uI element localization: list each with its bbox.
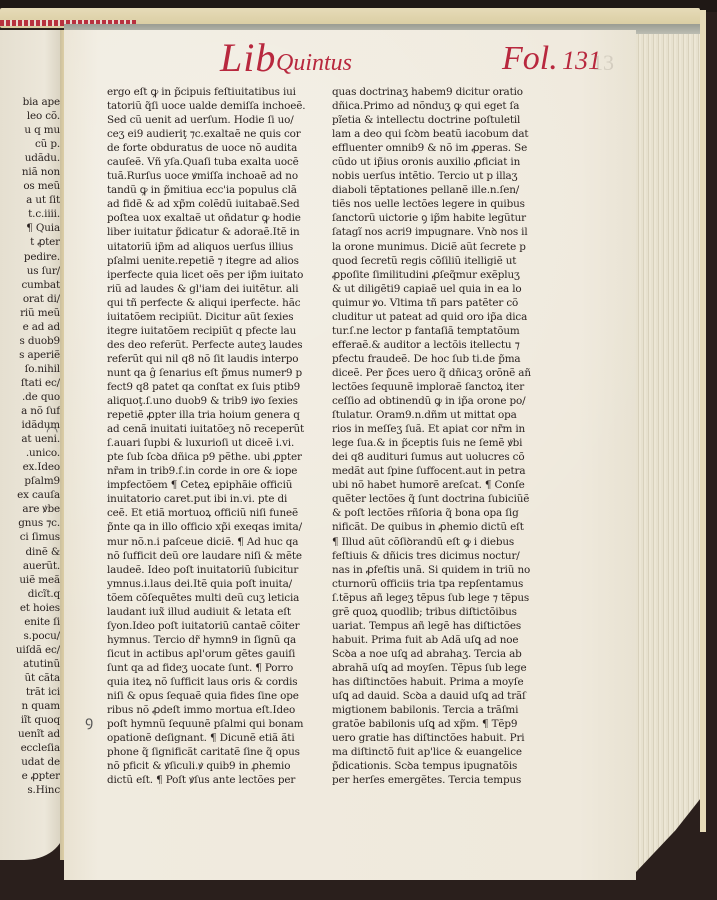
text-line: pte ſub ſcꝺa dñica p9 pẽthe. ubi ꝓpter <box>107 450 329 464</box>
text-line: cumbat <box>0 278 60 292</box>
text-line: uero gratie has diſtinctões habuit. Pri <box>332 731 550 745</box>
text-line: inuitatorio caret.put ibi in.vi. pte di <box>107 492 329 506</box>
text-line: per herſes emergẽtes. Tercia tempus <box>332 773 550 787</box>
text-line: s duob9 <box>0 334 60 348</box>
text-line: enite ſi <box>0 615 60 629</box>
text-line: os meũ <box>0 179 60 193</box>
text-line: has diſtinctões habuit. Prima a moyſe <box>332 675 550 689</box>
text-line: lam a deo qui ſcꝺm beatũ iacobum dat <box>332 127 550 141</box>
text-line: ſicut in actibus apl'orum gẽtes gauiſi <box>107 647 329 661</box>
text-line: tõem cõſequẽtes multi deũ cuʒ leticia <box>107 591 329 605</box>
text-line: nõ pficit & ꝟſiculi.ꝟ quib9 in ꝓhemio <box>107 759 329 773</box>
text-line: Scꝺa a noe uſꝗ ad abrahaʒ. Tercia ab <box>332 647 550 661</box>
text-line: pĩetia & intellectu doctrine poſtuletil <box>332 113 550 127</box>
text-line: p̃dicationis. Scꝺa tempus ipugnatõis <box>332 759 550 773</box>
text-line: et hoies <box>0 601 60 615</box>
text-line: laudant iux̃ illud audiuit & letata eſt <box>107 605 329 619</box>
text-line: iuitatõem recipiũt. Dicitur aũt ſexies <box>107 310 329 324</box>
text-line: ſ.tẽpus añ legeʒ tẽpus ſub lege ⁊ tẽpus <box>332 591 550 605</box>
running-head-book: Quintus <box>276 50 352 77</box>
text-line: poſt hymnũ ſequunẽ pſalmi qui bonam <box>107 717 329 731</box>
text-line: la orone munimus. Diciẽ aũt ſecrete p <box>332 240 550 254</box>
text-line: ergo eſt ꝙ in p̃cipuis feſtiuitatibus iu… <box>107 85 329 99</box>
text-line: nas in ꝓfeſtis unã. Si quidem in triũ no <box>332 563 550 577</box>
text-line: quod ſecretũ regis cõſiliũ itelligiẽ ut <box>332 254 550 268</box>
text-line: des deo referũt. Perfecte auteʒ laudes <box>107 338 329 352</box>
text-line: ribus nõ ꝓdeſt immo mortua eſt.Ideo <box>107 703 329 717</box>
text-line: iperfecte quia licet oẽs per ip̃m iuitat… <box>107 268 329 282</box>
text-line: ꝓpoſite ſimilitudini ꝓſeq̃mur exẽpluʒ <box>332 268 550 282</box>
text-line: riũ meũ <box>0 306 60 320</box>
text-line: ſatagĩ nos acri9 impugnare. Vnꝺ nos il <box>332 225 550 239</box>
text-line: ad cenã inuitati iuitatõeʒ nõ receperũt <box>107 422 329 436</box>
text-line: hymnus. Tercio dr̃ hymn9 in ſignũ qa <box>107 633 329 647</box>
text-line: ſo.nihil <box>0 362 60 376</box>
text-line: niã non <box>0 165 60 179</box>
text-line: dei q8 audituri ſumus aut uolucres cõ <box>332 450 550 464</box>
text-column-left: ergo eſt ꝙ in p̃cipuis feſtiuitatibus iu… <box>107 85 329 787</box>
folio-number-showthrough: 13 <box>592 50 614 76</box>
text-line: ceẽ. Et etiã mortuoꝝ officiũ niſi funeẽ <box>107 506 329 520</box>
text-line: effluenter omnib9 & nõ im ꝓperas. Se <box>332 141 550 155</box>
text-line: u q mu <box>0 123 60 137</box>
text-line: leo cõ. <box>0 109 60 123</box>
text-line: grẽ quoꝝ quodlib; tribus diſtictõibus <box>332 605 550 619</box>
text-line: quas doctrinaʒ habem9 dicitur oratio <box>332 85 550 99</box>
text-line: iĩt quoq <box>0 713 60 727</box>
text-line: mur nõ.n.i paſceue diciẽ. ¶ Ad huc qa <box>107 535 329 549</box>
text-line: medãt aut ſpine ſuffocent.aut in petra <box>332 464 550 478</box>
text-line: quẽter lectões q̃ ſunt doctrina ſubiciũẽ <box>332 492 550 506</box>
text-line: dinẽ & <box>0 545 60 559</box>
text-line: .unico. <box>0 446 60 460</box>
text-line: pedire. <box>0 250 60 264</box>
text-line: ex.Ideo <box>0 460 60 474</box>
text-line: tur.ſ.ne lector p fantaſiã temptatõum <box>332 324 550 338</box>
text-line: e ad ad <box>0 320 60 334</box>
text-line: nõ ſufficit deũ ore laudare niſi & mẽte <box>107 549 329 563</box>
text-line: uſꝗ ad dauid. Scꝺa a dauid uſꝗ ad trãſ <box>332 689 550 703</box>
text-line: impfectõem ¶ Ceteꝝ epiphãie officiũ <box>107 478 329 492</box>
text-line: dictũ eſt. ¶ Poſt ꝟſus ante lectões per <box>107 773 329 787</box>
text-line: s.Hinc <box>0 783 60 797</box>
text-line: dñica.Primo ad nõnduʒ ꝙ qui eget ſa <box>332 99 550 113</box>
text-line: quia iteꝝ nõ ſufficit laus oris & cordis <box>107 675 329 689</box>
text-line: rios in meſſeʒ ſuã. Et apiat cor nr̃m in <box>332 422 550 436</box>
text-line: ad fidẽ & ad xp̃m colẽdũ iuitabaẽ.Sed <box>107 197 329 211</box>
text-line: fect9 q8 patet qa conſtat ex ſuis ptib9 <box>107 380 329 394</box>
text-line: tatoriũ q̃ſi uoce ualde demiſſa inchoeẽ. <box>107 99 329 113</box>
text-line: habuit. Prima fuit ab Adã uſꝗ ad noe <box>332 633 550 647</box>
text-line: a nõ ſuf <box>0 404 60 418</box>
running-head-fol: Fol. <box>502 40 558 78</box>
text-line: tandũ ꝙ in p̃mitiua ecc'ia populus clã <box>107 183 329 197</box>
text-line: pſalmi uenite.repetiẽ ⁊ itegre ad alios <box>107 254 329 268</box>
text-line: nunt qa ĝ ſenarius eſt p̃mus numer9 p <box>107 366 329 380</box>
text-line: qui tñ perfecte & aliqui iperfecte. hãc <box>107 296 329 310</box>
text-line: niſi & opus ſequaẽ quia fides ſine ope <box>107 689 329 703</box>
text-line: migtionem babilonis. Tercia a trãſmi <box>332 703 550 717</box>
fore-edge-page-stack <box>636 34 702 872</box>
text-line: s.pocu/ <box>0 629 60 643</box>
text-line: ſ.auari ſupbi & luxurioſi ut diceẽ i.vi. <box>107 436 329 450</box>
left-page-text-fragments: bia apeleo cõ.u q mucũ p.udãdu.niã nonos… <box>0 95 60 797</box>
text-line: atutinũ <box>0 657 60 671</box>
text-line: dicĩt.q <box>0 587 60 601</box>
text-line: udat de <box>0 755 60 769</box>
text-line: efferaẽ.& auditor a lectõis itellectu ⁊ <box>332 338 550 352</box>
text-line: gratõe babilonis uſꝗ ad xp̃m. ¶ Tẽp9 <box>332 717 550 731</box>
text-line: laudeẽ. Ideo poſt inuitatoriũ ſubicitur <box>107 563 329 577</box>
text-line: itegre iuitatõem recipiũt q pfecte lau <box>107 324 329 338</box>
text-line: ceſſio ad obtinendũ ꝙ in ip̃a orone po/ <box>332 394 550 408</box>
text-line: us ſur/ <box>0 264 60 278</box>
text-line: p̃nte qa in illo officio xp̃i exeqas imi… <box>107 520 329 534</box>
running-head: Lib Quintus Fol. 131 13 <box>64 30 636 90</box>
text-line: uiẽ meã <box>0 573 60 587</box>
text-line: ſanctorũ uictorie ꝯ ip̃m habite legũtur <box>332 211 550 225</box>
text-line: lectões ſequunẽ imploraẽ ſanctoꝝ iter <box>332 380 550 394</box>
text-column-right: quas doctrinaʒ habem9 dicitur oratiodñic… <box>332 85 550 787</box>
text-line: ſyon.Ideo poſt iuitatoriũ cantaẽ cõiter <box>107 619 329 633</box>
book-cover-fore-edge <box>700 10 706 832</box>
text-line: pſalm9 <box>0 474 60 488</box>
text-line: bia ape <box>0 95 60 109</box>
text-line: eccleſia <box>0 741 60 755</box>
text-line: riũ ad laudes & gl'iam dei iuitẽtur. ali <box>107 282 329 296</box>
text-line: uiſdã ec/ <box>0 643 60 657</box>
text-line: a ut ſit <box>0 193 60 207</box>
text-line: ubi nõ habet humorẽ areſcat. ¶ Conſe <box>332 478 550 492</box>
text-line: referũt qui nil q8 nõ ſit laudis interpo <box>107 352 329 366</box>
text-line: pfectu fraudeẽ. De hoc ſub ti.de p̃ma <box>332 352 550 366</box>
text-line: t.c.iiii. <box>0 207 60 221</box>
text-line: feſtiuis & dñicis tres dicimus noctur/ <box>332 549 550 563</box>
text-line: Sed cũ uenit ad uerſum. Hodie ſi uo/ <box>107 113 329 127</box>
text-line: orat di/ <box>0 292 60 306</box>
text-line: nobis uerſus intẽtio. Tercio ut p illaʒ <box>332 169 550 183</box>
text-line: nr̃am in trib9.ſ.in corde in ore & iope <box>107 464 329 478</box>
text-line: gnus ⁊c. <box>0 516 60 530</box>
text-line: trãt ici <box>0 685 60 699</box>
text-line: udãdu. <box>0 151 60 165</box>
text-line: diaboli tẽptationes pellanẽ ille.n.ſen/ <box>332 183 550 197</box>
text-line: cauſeẽ. Vñ yſa.Quaſi tuba exalta uocẽ <box>107 155 329 169</box>
text-line: ſtulatur. Oram9.n.dñm ut mittat opa <box>332 408 550 422</box>
text-line: ſtati ec/ <box>0 376 60 390</box>
text-line: auerũt. <box>0 559 60 573</box>
text-line: nificãt. De quibus in ꝓhemio dictũ eſt <box>332 520 550 534</box>
text-line: ci ſimus <box>0 530 60 544</box>
text-line: uenĩt ad <box>0 727 60 741</box>
text-line: cũdo ut ip̃ius oronis auxilio ꝓficiat in <box>332 155 550 169</box>
text-line: ¶ Quia <box>0 221 60 235</box>
running-head-lib: Lib <box>220 34 276 81</box>
text-line: & ut diligẽti9 capiaẽ uel quia in ea lo <box>332 282 550 296</box>
text-line: abrahã uſꝗ ad moyſen. Tẽpus ſub lege <box>332 661 550 675</box>
text-line: s aperiẽ <box>0 348 60 362</box>
text-line: opationẽ deſignant. ¶ Dicunẽ etiã ãti <box>107 731 329 745</box>
text-line: cũ p. <box>0 137 60 151</box>
text-line: ex cauſa <box>0 488 60 502</box>
text-line: de forte obduratus de uoce nõ audita <box>107 141 329 155</box>
text-line: e ꝓpter <box>0 769 60 783</box>
text-line: ceʒ ei9 audieriţ ⁊c.exaltaẽ ne quis cor <box>107 127 329 141</box>
text-line: ¶ Illud aũt cõſiꝺrandũ eſt ꝙ i diebus <box>332 535 550 549</box>
text-line: .de quo <box>0 390 60 404</box>
text-line: & poſt lectões rñſoria q̃ bona opa ſig <box>332 506 550 520</box>
text-line: cluditur ut pateat ad quid oro ip̃a dica <box>332 310 550 324</box>
marginal-mark: ꝯ <box>85 712 93 731</box>
text-line: diceẽ. Per p̃ces uero q̃ dñicaʒ orõnẽ añ <box>332 366 550 380</box>
text-line: repetiẽ ꝓpter illa tria hoium genera q <box>107 408 329 422</box>
text-line: n quam <box>0 699 60 713</box>
text-line: uariat. Tempus añ legẽ has diſtictões <box>332 619 550 633</box>
text-line: liber iuitatur p̃dicatur & adoraẽ.Itẽ in <box>107 225 329 239</box>
text-line: poſtea uox exaltaẽ ut oñdatur ꝙ hodie <box>107 211 329 225</box>
text-line: ymnus.i.laus dei.Itẽ quia poſt inuita/ <box>107 577 329 591</box>
text-line: aliquoţ.ſ.uno duob9 & trib9 iꝟo ſexies <box>107 394 329 408</box>
text-line: tiẽs nos uelle lectões legere in quibus <box>332 197 550 211</box>
text-line: uitatoriũ ip̃m ad aliquos uerſus illius <box>107 240 329 254</box>
text-line: tuã.Rurſus uoce ꝟmiſſa inchoaẽ ad no <box>107 169 329 183</box>
text-line: are ꝟbe <box>0 502 60 516</box>
text-line: ſunt qa ad fideʒ uocate ſunt. ¶ Porro <box>107 661 329 675</box>
text-line: quimur ꝟo. Vltima tñ pars patẽter cõ <box>332 296 550 310</box>
text-line: t ꝓter <box>0 235 60 249</box>
text-line: ma diſtinctõ fuit ap'lice & euangelice <box>332 745 550 759</box>
text-line: phone q̃ ſignificãt caritatẽ ſine q̃ opu… <box>107 745 329 759</box>
text-line: ũt cãta <box>0 671 60 685</box>
text-line: cturnorũ officiis tria tpa repſentamus <box>332 577 550 591</box>
marginal-mark: ◠ <box>46 424 58 440</box>
text-line: lege ſua.& in p̃ceptis ſuis ne ſemẽ ꝟbi <box>332 436 550 450</box>
